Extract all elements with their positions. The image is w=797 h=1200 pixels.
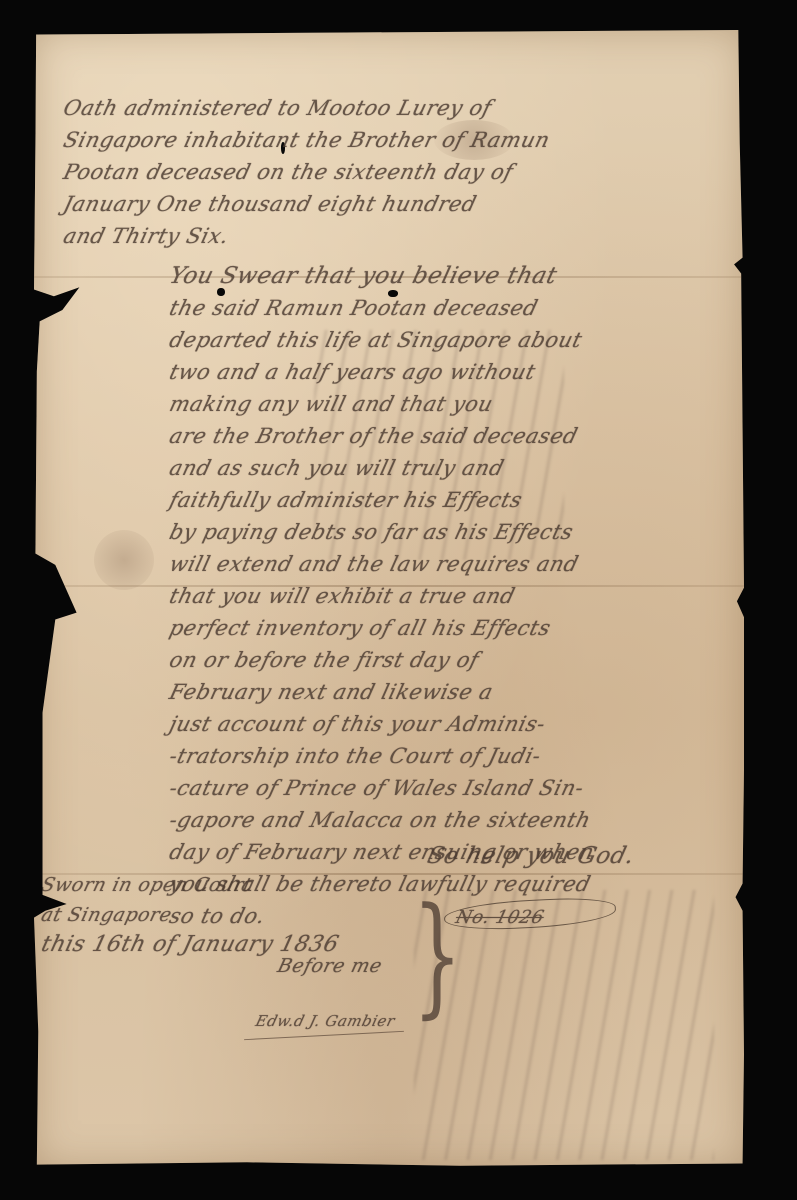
oath-line: two and a half years ago without <box>166 356 598 388</box>
oath-line: by paying debts so far as his Effects <box>166 516 598 548</box>
oath-line: will extend and the law requires and <box>166 548 598 580</box>
oath-line: just account of this your Adminis- <box>166 708 598 740</box>
document-page: Oath administered to Mootoo Lurey of Sin… <box>34 30 744 1168</box>
oath-text: You Swear that you believe that the said… <box>166 260 590 932</box>
oath-line: the said Ramun Pootan deceased <box>166 292 598 324</box>
before-me-text: Before me <box>274 950 386 982</box>
oath-line: departed this life at Singapore about <box>166 324 598 356</box>
curly-brace: } <box>413 890 463 1020</box>
oath-line: that you will exhibit a true and <box>166 580 598 612</box>
heading-line: and Thirty Six. <box>60 220 553 252</box>
heading-line: Singapore inhabitant the Brother of Ramu… <box>60 124 553 156</box>
oath-line: -gapore and Malacca on the sixteenth <box>166 804 598 836</box>
oath-line: are the Brother of the said deceased <box>166 420 598 452</box>
heading-text: Oath administered to Mootoo Lurey of Sin… <box>60 92 546 252</box>
jurat-line: at Singapore <box>38 900 342 930</box>
heading-line: Pootan deceased on the sixteenth day of <box>60 156 553 188</box>
oath-line: faithfully administer his Effects <box>166 484 598 516</box>
oath-line: -tratorship into the Court of Judi- <box>166 740 598 772</box>
closing-phrase: So help you God. <box>424 840 638 872</box>
stain <box>94 530 154 590</box>
jurat-block: Sworn in open Court at Singapore this 16… <box>38 870 335 960</box>
oath-line: on or before the first day of <box>166 644 598 676</box>
jurat-line: Sworn in open Court <box>38 870 342 900</box>
oath-line: perfect inventory of all his Effects <box>166 612 598 644</box>
oath-line: February next and likewise a <box>166 676 598 708</box>
heading-line: January One thousand eight hundred <box>60 188 553 220</box>
oath-line: You Swear that you believe that <box>166 260 598 292</box>
oath-line: and as such you will truly and <box>166 452 598 484</box>
docket-number: No. 1026 <box>452 902 548 934</box>
heading-line: Oath administered to Mootoo Lurey of <box>60 92 553 124</box>
oath-line: -cature of Prince of Wales Island Sin- <box>166 772 598 804</box>
oath-line: making any will and that you <box>166 388 598 420</box>
